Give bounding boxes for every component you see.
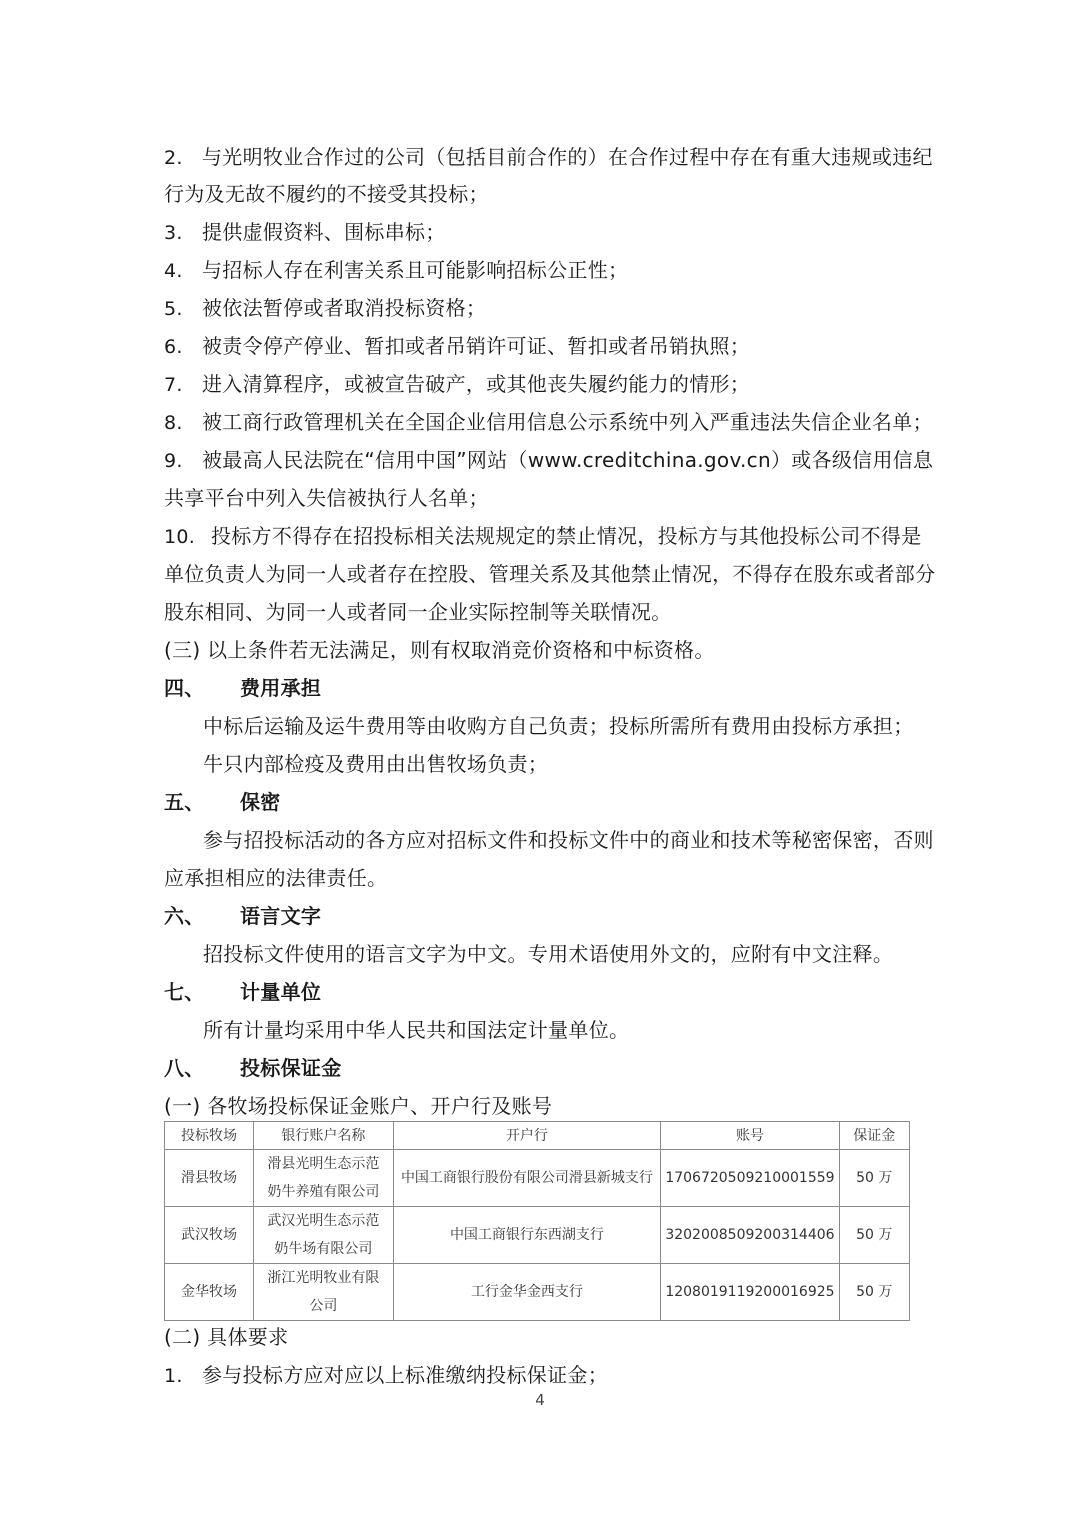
deposit-cell: 50 万 bbox=[839, 1207, 909, 1264]
column-header: 银行账户名称 bbox=[254, 1122, 393, 1150]
account-number-cell: 1706720509210001559 bbox=[661, 1150, 839, 1207]
sub-heading-one: (一) 各牧场投标保证金账户、开户行及账号 bbox=[164, 1094, 552, 1118]
list-item-8: 8.被工商行政管理机关在全国企业信用信息公示系统中列入严重违法失信企业名单； bbox=[164, 410, 933, 435]
item-number: 6. bbox=[164, 335, 202, 359]
section-heading-8: 八、投标保证金 bbox=[164, 1056, 342, 1080]
section-4-body-1: 中标后运输及运牛费用等由收购方自己负责；投标所需所有费用由投标方承担； bbox=[203, 714, 914, 738]
list-item-2: 2.与光明牧业合作过的公司（包括目前合作的）在合作过程中存在有重大违规或违纪 bbox=[164, 145, 933, 170]
list-item-10-cont-2: 股东相同、为同一人或者同一企业实际控制等关联情况。 bbox=[164, 600, 672, 624]
section-heading-6: 六、语言文字 bbox=[164, 904, 321, 928]
item-number: 4. bbox=[164, 259, 202, 283]
list-item-6: 6.被责令停产停业、暂扣或者吊销许可证、暂扣或者吊销执照； bbox=[164, 334, 750, 359]
section-6-body: 招投标文件使用的语言文字为中文。专用术语使用外文的，应附有中文注释。 bbox=[203, 942, 893, 966]
item-number: 9. bbox=[164, 449, 202, 473]
list-item-10: 10.投标方不得存在招投标相关法规规定的禁止情况，投标方与其他投标公司不得是 bbox=[164, 524, 922, 549]
section-heading-7: 七、计量单位 bbox=[164, 980, 321, 1004]
item-number: 8. bbox=[164, 411, 202, 435]
list-item-7: 7.进入清算程序，或被宣告破产，或其他丧失履约能力的情形； bbox=[164, 372, 750, 397]
farm-cell: 武汉牧场 bbox=[165, 1207, 254, 1264]
column-header: 投标牧场 bbox=[165, 1122, 254, 1150]
list-item-9-cont: 共享平台中列入失信被执行人名单； bbox=[164, 486, 489, 510]
list-item-5: 5.被依法暂停或者取消投标资格； bbox=[164, 296, 486, 321]
column-header: 账号 bbox=[661, 1122, 839, 1150]
item-number: 5. bbox=[164, 297, 202, 321]
section-5-body-1: 参与招投标活动的各方应对招标文件和投标文件中的商业和技术等秘密保密，否则 bbox=[203, 828, 934, 852]
account-name-cell: 滑县光明生态示范奶牛养殖有限公司 bbox=[254, 1150, 393, 1207]
clause-three: (三) 以上条件若无法满足，则有权取消竞价资格和中标资格。 bbox=[164, 638, 715, 662]
deposit-cell: 50 万 bbox=[839, 1264, 909, 1321]
list-item-2-cont: 行为及无故不履约的不接受其投标； bbox=[164, 182, 489, 206]
farm-cell: 滑县牧场 bbox=[165, 1150, 254, 1207]
table-row: 金华牧场 浙江光明牧业有限公司 工行金华金西支行 120801911920001… bbox=[165, 1264, 910, 1321]
item-number: 1. bbox=[164, 1364, 202, 1388]
account-number-cell: 3202008509200314406 bbox=[661, 1207, 839, 1264]
list-item-3: 3.提供虚假资料、围标串标； bbox=[164, 220, 446, 245]
column-header: 开户行 bbox=[393, 1122, 661, 1150]
account-name-cell: 浙江光明牧业有限公司 bbox=[254, 1264, 393, 1321]
document-page: 2.与光明牧业合作过的公司（包括目前合作的）在合作过程中存在有重大违规或违纪 行… bbox=[0, 0, 1080, 1527]
list-item-10-cont-1: 单位负责人为同一人或者存在控股、管理关系及其他禁止情况，不得存在股东或者部分 bbox=[164, 562, 935, 586]
section-5-body-2: 应承担相应的法律责任。 bbox=[164, 866, 387, 890]
bank-cell: 工行金华金西支行 bbox=[393, 1264, 661, 1321]
bank-cell: 中国工商银行股份有限公司滑县新城支行 bbox=[393, 1150, 661, 1207]
table-header-row: 投标牧场 银行账户名称 开户行 账号 保证金 bbox=[165, 1122, 910, 1150]
section-heading-5: 五、保密 bbox=[164, 790, 281, 814]
section-4-body-2: 牛只内部检疫及费用由出售牧场负责； bbox=[203, 752, 548, 776]
list-item-4: 4.与招标人存在利害关系且可能影响招标公正性； bbox=[164, 258, 628, 283]
bank-cell: 中国工商银行东西湖支行 bbox=[393, 1207, 661, 1264]
page-number: 4 bbox=[0, 1391, 1080, 1409]
table-row: 滑县牧场 滑县光明生态示范奶牛养殖有限公司 中国工商银行股份有限公司滑县新城支行… bbox=[165, 1150, 910, 1207]
table-row: 武汉牧场 武汉光明生态示范奶牛场有限公司 中国工商银行东西湖支行 3202008… bbox=[165, 1207, 910, 1264]
section-heading-4: 四、费用承担 bbox=[164, 676, 321, 700]
section-7-body: 所有计量均采用中华人民共和国法定计量单位。 bbox=[203, 1018, 629, 1042]
account-number-cell: 1208019119200016925 bbox=[661, 1264, 839, 1321]
account-name-cell: 武汉光明生态示范奶牛场有限公司 bbox=[254, 1207, 393, 1264]
item-number: 2. bbox=[164, 146, 202, 170]
item-number: 3. bbox=[164, 221, 202, 245]
item-number: 10. bbox=[164, 525, 211, 549]
list-item-9: 9.被最高人民法院在“信用中国”网站（www.creditchina.gov.c… bbox=[164, 448, 933, 473]
column-header: 保证金 bbox=[839, 1122, 909, 1150]
sub-heading-two: (二) 具体要求 bbox=[164, 1325, 288, 1349]
deposit-cell: 50 万 bbox=[839, 1150, 909, 1207]
deposit-account-table: 投标牧场 银行账户名称 开户行 账号 保证金 滑县牧场 滑县光明生态示范奶牛养殖… bbox=[164, 1121, 910, 1321]
item-number: 7. bbox=[164, 373, 202, 397]
requirement-1: 1.参与投标方应对应以上标准缴纳投标保证金； bbox=[164, 1363, 608, 1388]
farm-cell: 金华牧场 bbox=[165, 1264, 254, 1321]
